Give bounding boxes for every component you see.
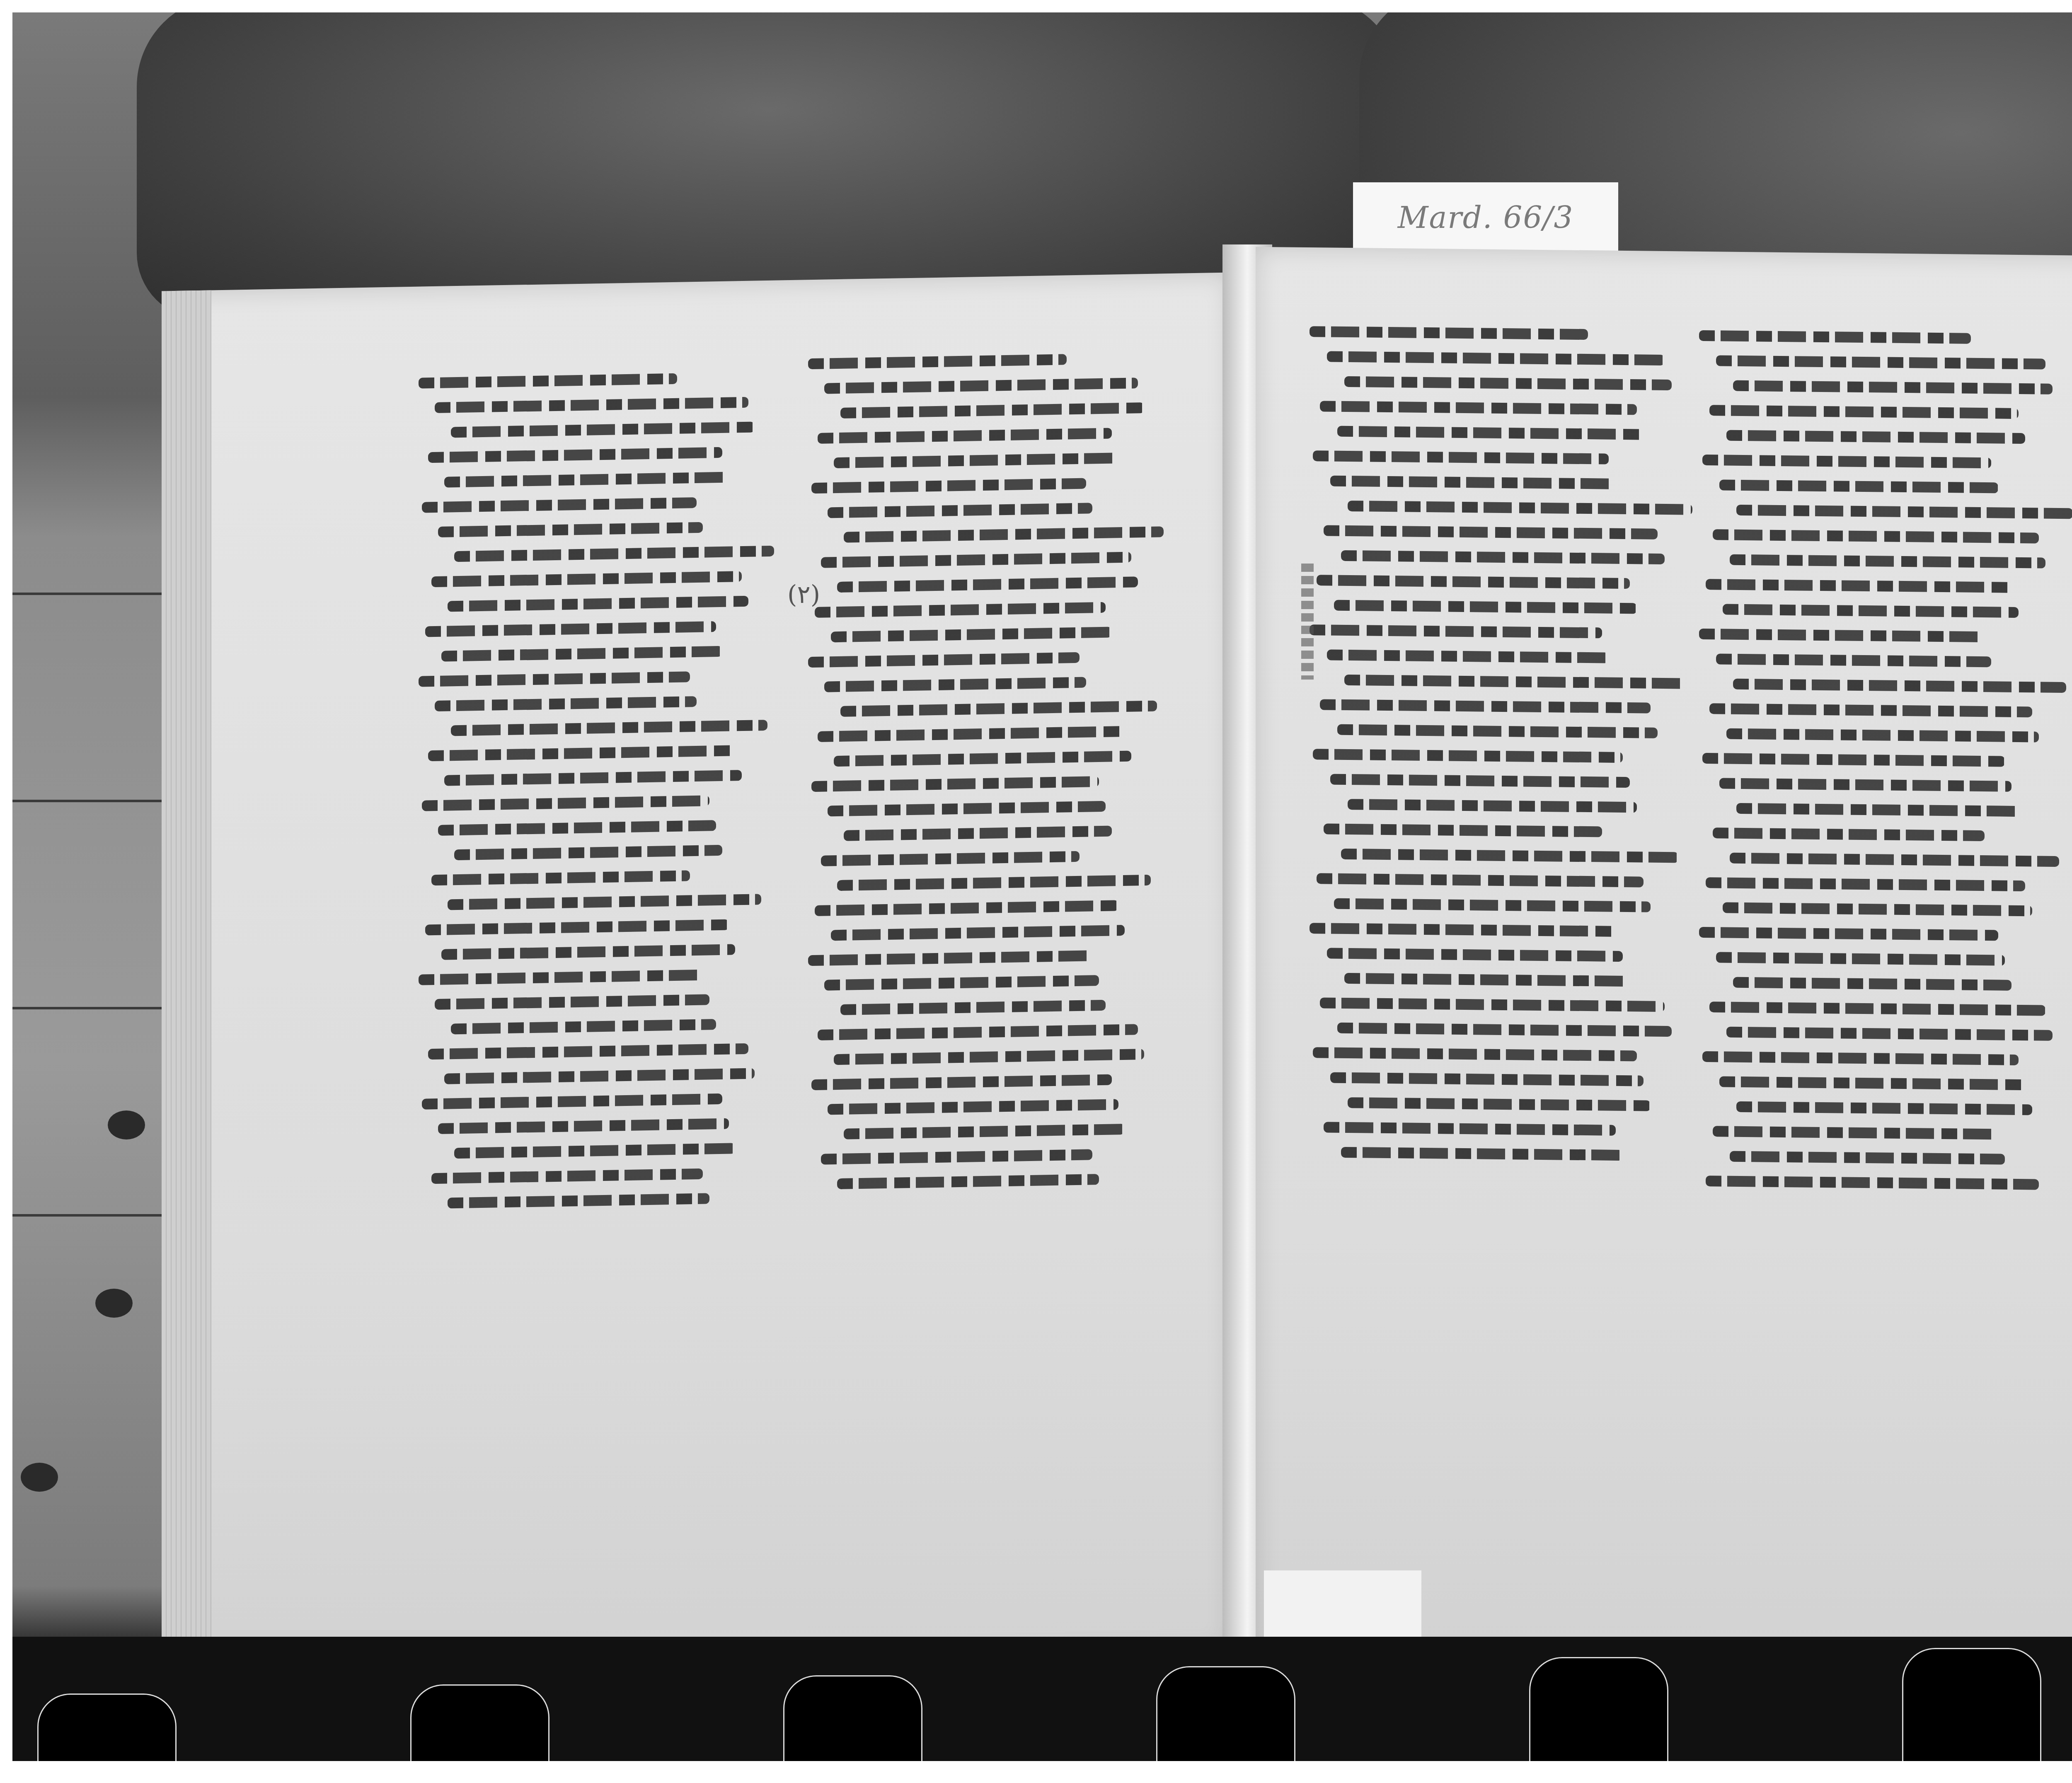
syriac-script-line (435, 397, 748, 413)
syriac-script-line (1310, 326, 1588, 340)
syriac-script-line (1730, 1151, 2005, 1165)
syriac-script-line (1706, 1176, 2039, 1190)
syriac-script-line (837, 576, 1138, 593)
film-sprocket-hole (1156, 1666, 1295, 1761)
syriac-script-line (1341, 550, 1665, 564)
syriac-script-line (451, 1019, 716, 1034)
syriac-script-line (1726, 430, 2026, 444)
syriac-script-line (431, 870, 690, 885)
syriac-script-line (1730, 554, 2046, 569)
syriac-script-line (1313, 450, 1609, 464)
syriac-script-line (428, 447, 722, 463)
syriac-script-line (1716, 355, 2045, 369)
left-page-edges (162, 290, 211, 1671)
syriac-script-line (818, 428, 1112, 443)
syriac-script-line (1348, 799, 1636, 813)
syriac-script-line (811, 776, 1099, 792)
vertical-marginal-note (1301, 564, 1314, 680)
syriac-script-line (834, 751, 1131, 767)
syriac-script-line (828, 1099, 1118, 1115)
syriac-script-line (1320, 699, 1651, 713)
syriac-script-line (435, 994, 709, 1010)
film-sprocket-hole (410, 1684, 549, 1761)
syriac-script-line (454, 845, 722, 860)
syriac-script-line (1313, 749, 1623, 763)
syriac-script-line (1736, 803, 2019, 817)
syriac-script-line (1348, 501, 1692, 515)
syriac-script-line (448, 894, 761, 910)
syriac-script-line (425, 621, 716, 637)
film-sprocket-hole (1902, 1648, 2041, 1761)
nail-head (95, 1289, 133, 1318)
syriac-script-line (831, 925, 1125, 941)
syriac-script-line (1723, 604, 2018, 618)
syriac-script-line (444, 770, 742, 786)
marginal-numeral: (٢) (787, 580, 820, 609)
syriac-script-line (834, 452, 1118, 468)
film-strip-border (12, 1637, 2072, 1761)
syriac-script-line (1341, 849, 1679, 863)
syriac-script-line (1706, 877, 2025, 891)
syriac-script-line (1733, 380, 2053, 394)
syriac-script-line (441, 646, 723, 662)
syriac-script-line (811, 478, 1086, 494)
syriac-script-line (448, 596, 748, 612)
syriac-script-line (1313, 1047, 1636, 1061)
syriac-script-line (428, 745, 735, 761)
syriac-script-line (1733, 679, 2066, 693)
accession-label-text: Mard. 66/3 (1398, 200, 1574, 235)
syriac-script-line (1726, 728, 2039, 743)
syriac-script-line (1344, 675, 1685, 689)
syriac-script-line (1716, 952, 2005, 965)
syriac-script-line (1713, 1126, 1998, 1139)
syriac-script-line (419, 970, 703, 985)
syriac-script-line (1341, 1147, 1623, 1161)
syriac-script-line (1310, 923, 1616, 937)
syriac-script-line (1713, 529, 2039, 543)
syriac-script-line (821, 851, 1080, 866)
syriac-script-line (1723, 902, 2032, 917)
syriac-script-line (444, 472, 729, 488)
syriac-script-line (1730, 853, 2059, 867)
syriac-script-line (448, 1193, 709, 1208)
syriac-script-line (828, 503, 1093, 518)
syriac-script-line (441, 944, 736, 960)
left-page-inner-column (808, 353, 1131, 1190)
syriac-script-line (454, 1143, 736, 1159)
accession-label: Mard. 66/3 (1353, 182, 1618, 253)
syriac-script-line (425, 919, 729, 936)
syriac-script-line (844, 825, 1112, 841)
film-sprocket-hole (783, 1675, 922, 1761)
film-sprocket-hole (1529, 1657, 1668, 1761)
syriac-script-line (1709, 1002, 2046, 1016)
syriac-script-line (1330, 1072, 1644, 1086)
syriac-script-line (438, 522, 703, 537)
syriac-script-line (1334, 898, 1651, 912)
syriac-script-line (840, 402, 1144, 419)
syriac-script-line (1702, 1051, 2019, 1065)
manuscript-photograph: Mard. 66/3 (٢) (12, 12, 2072, 1761)
syriac-script-line (1706, 579, 2011, 593)
syriac-script-line (1344, 973, 1630, 987)
syriac-script-line (435, 696, 697, 711)
right-page-inner-column (1310, 326, 1658, 1161)
syriac-script-line (844, 526, 1164, 542)
syriac-script-line (840, 701, 1157, 717)
syriac-script-line (1330, 774, 1629, 788)
left-page-outer-column (419, 372, 742, 1209)
syriac-script-line (815, 900, 1118, 916)
syriac-script-line (837, 875, 1151, 891)
syriac-script-line (1327, 948, 1623, 962)
syriac-script-line (1334, 600, 1637, 614)
syriac-script-line (1320, 997, 1665, 1012)
syriac-script-line (1337, 724, 1658, 738)
syriac-script-line (1327, 650, 1609, 663)
syriac-script-line (1310, 624, 1602, 638)
syriac-script-line (824, 677, 1086, 692)
syriac-script-line (444, 1068, 755, 1084)
syriac-script-line (438, 820, 716, 836)
nail-head (21, 1463, 58, 1492)
syriac-script-line (1699, 927, 1998, 941)
syriac-script-line (1317, 873, 1644, 887)
syriac-script-line (1709, 405, 2019, 419)
syriac-script-line (1320, 401, 1636, 415)
syriac-script-line (840, 1000, 1106, 1015)
open-codex (162, 244, 2072, 1695)
syriac-script-line (821, 552, 1131, 568)
syriac-script-line (431, 1169, 703, 1184)
syriac-script-line (1699, 629, 1985, 642)
syriac-script-line (818, 1024, 1138, 1040)
syriac-script-line (1733, 977, 2011, 991)
syriac-script-line (451, 720, 767, 736)
syriac-script-line (828, 801, 1106, 817)
syriac-script-line (438, 1118, 729, 1134)
syriac-script-line (419, 671, 690, 687)
nail-head (108, 1110, 145, 1139)
syriac-script-line (419, 373, 677, 389)
syriac-script-line (808, 354, 1067, 369)
syriac-script-line (1337, 426, 1644, 440)
syriac-script-line (1702, 753, 2005, 767)
syriac-script-line (837, 1174, 1099, 1189)
syriac-script-line (1702, 455, 1991, 468)
syriac-script-line (1726, 1027, 2053, 1041)
syriac-script-line (428, 1043, 748, 1060)
syriac-script-line (454, 546, 774, 562)
syriac-script-line (431, 571, 742, 587)
syriac-script-line (1330, 476, 1616, 489)
syriac-script-line (821, 1149, 1092, 1164)
syriac-script-line (451, 422, 755, 438)
right-page-outer-column (1699, 330, 2039, 1190)
syriac-script-line (824, 377, 1138, 394)
syriac-script-line (1324, 525, 1658, 539)
syriac-script-line (1713, 827, 1985, 841)
film-sprocket-hole (37, 1693, 177, 1761)
syriac-script-line (844, 1124, 1125, 1139)
syriac-script-line (1716, 653, 1991, 667)
syriac-script-line (808, 950, 1092, 966)
syriac-script-line (834, 1049, 1144, 1065)
syriac-script-line (818, 726, 1125, 742)
syriac-script-line (422, 497, 697, 513)
syriac-script-line (422, 795, 709, 811)
syriac-script-line (1324, 823, 1602, 837)
syriac-script-line (422, 1094, 722, 1110)
syriac-script-line (1719, 1076, 2025, 1090)
left-page (162, 272, 1231, 1671)
syriac-script-line (1348, 1097, 1651, 1111)
syriac-script-line (1709, 703, 2032, 717)
syriac-script-line (1719, 479, 1998, 493)
syriac-script-line (1344, 376, 1672, 390)
syriac-script-line (1337, 1023, 1671, 1037)
syriac-script-line (811, 1074, 1112, 1090)
syriac-script-line (1736, 505, 2072, 519)
syriac-script-line (1719, 778, 2011, 791)
syriac-script-line (1699, 330, 1971, 344)
right-page (1256, 247, 2072, 1668)
syriac-script-line (1736, 1101, 2032, 1115)
syriac-script-line (1317, 575, 1630, 589)
syriac-script-line (1327, 351, 1665, 366)
syriac-script-line (824, 975, 1099, 991)
syriac-script-line (831, 627, 1112, 642)
syriac-script-line (815, 602, 1106, 618)
syriac-script-line (808, 652, 1080, 668)
syriac-script-line (1324, 1122, 1616, 1135)
